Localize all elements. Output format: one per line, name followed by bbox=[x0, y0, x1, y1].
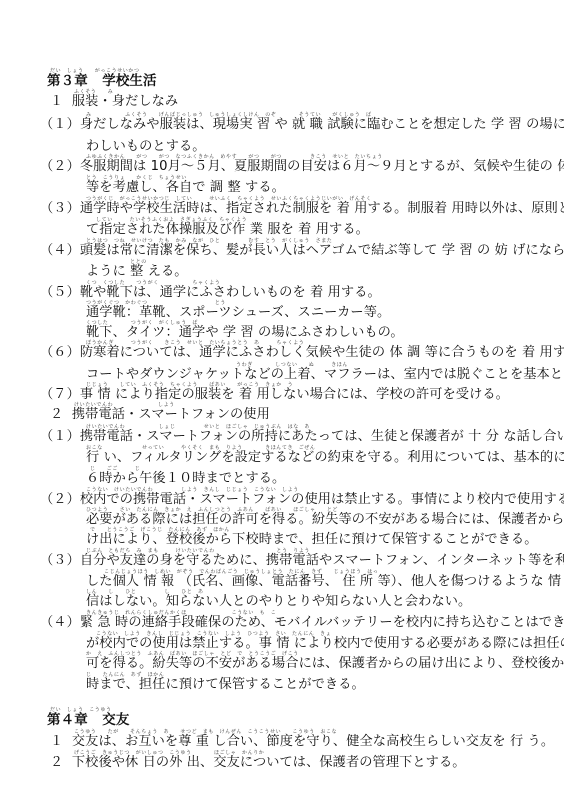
item-text: 事 情 により指定の服装を 着 用しない場合には、学校の許可を受ける。 bbox=[80, 387, 509, 402]
item-text: 自分や友達の身を守るために、携帯電話やスマートフォン、インターネット等を利用 bbox=[80, 553, 564, 568]
item-text-continuation: した個人 情 報 （氏名、画像、電話番号、 住 所 等）、他人を傷つけるような … bbox=[86, 574, 564, 590]
item-number: （６） bbox=[40, 345, 80, 360]
item-number: （２） bbox=[40, 159, 80, 174]
list-item: （７）事 情 により指定の服装を 着 用しない場合には、学校の許可を受ける。 bbox=[40, 387, 509, 403]
item-text: 携帯電話・スマートフォンの所持にあたっては、生徒と保護者が 十 分 な話し合いを bbox=[80, 429, 564, 444]
item-text: 防寒着については、通学にふさわしく気候や生徒の 体 調 等に合うものを 着 用す… bbox=[80, 345, 564, 360]
item-number: （４） bbox=[40, 615, 80, 630]
item-text-continuation: わしいものとする。 bbox=[86, 139, 206, 155]
list-item: （２）校内での携帯電話・スマートフォンの使用は禁止する。事情により校内で使用する bbox=[40, 492, 564, 508]
item-number: （４） bbox=[40, 243, 80, 258]
item-number: （７） bbox=[40, 387, 80, 402]
document-page: だい しょう がっこうせいかつ 第３章 学校生活 ふくそう み １ 服装・身だし… bbox=[0, 0, 564, 800]
list-item: （１）身だしなみや服装は、現場実 習 や 就 職 試験に臨むことを想定した 学 … bbox=[40, 117, 564, 133]
section-heading-text: 携帯電話・スマートフォンの使用 bbox=[72, 407, 270, 422]
item-number: （１） bbox=[40, 117, 80, 132]
item-text-continuation: 信はしない。知らない人とのやりとりや知らない人と会わない。 bbox=[86, 594, 471, 610]
chapter3-label: 第３章 bbox=[47, 73, 88, 89]
list-item: １ 交友は、お互いを尊 重 し合い、節度を守り、健全な高校生らしい交友を 行 う… bbox=[50, 734, 554, 750]
item-text-continuation: て指定された体操服及び作 業 服を 着 用する。 bbox=[86, 222, 369, 238]
item-text-continuation: 行 い、フィルタリングを設定するなどの約束を守る。利用については、基本的に午前 bbox=[86, 450, 564, 466]
section-number: ２ bbox=[50, 407, 63, 422]
item-text-continuation: 通学靴：革靴、スポーツシューズ、スニーカー等。 bbox=[86, 305, 390, 321]
item-number: （５） bbox=[40, 285, 80, 300]
item-text: 緊 急 時の連絡手段確保のため、モバイルバッテリーを校内に持ち込むことはできる bbox=[80, 615, 564, 630]
item-text: 下校後や休 日の外 出、交友については、保護者の管理下とする。 bbox=[72, 755, 466, 770]
item-number: （３） bbox=[40, 553, 80, 568]
chapter4-label: 第４章 bbox=[47, 712, 88, 728]
item-text-continuation: 等を考慮し、各自で 調 整 する。 bbox=[86, 180, 285, 196]
list-item: （３）通学時や学校生活時は、指定された制服を 着 用する。制服着 用時以外は、原… bbox=[40, 201, 564, 217]
item-text-continuation: コートやダウンジャケットなどの上着、マフラーは、室内では脱ぐことを基本とする。 bbox=[86, 367, 564, 383]
item-text: 冬服期間は 10月～５月、夏服期間の目安は６月～９月とするが、気候や生徒の 体 … bbox=[80, 159, 564, 174]
item-number: １ bbox=[50, 734, 63, 749]
item-text-continuation: ６時から午後１０時までとする。 bbox=[86, 471, 285, 487]
chapter4-name: 交友 bbox=[102, 712, 129, 728]
chapter3-name: 学校生活 bbox=[102, 73, 156, 89]
item-text: 校内での携帯電話・スマートフォンの使用は禁止する。事情により校内で使用する bbox=[80, 492, 564, 507]
item-number: ２ bbox=[50, 755, 63, 770]
list-item: （２）冬服期間は 10月～５月、夏服期間の目安は６月～９月とするが、気候や生徒の… bbox=[40, 159, 564, 175]
section-number: １ bbox=[50, 94, 63, 109]
list-item: （４）頭髪は常に清潔を保ち、髪が長い人はヘアゴムで結ぶ等して 学 習 の 妨 げ… bbox=[40, 243, 564, 259]
item-text-continuation: 可を得る。紛失等の不安がある場合には、保護者からの届け出により、登校後から下校 bbox=[86, 656, 564, 672]
item-text-continuation: ように 整 える。 bbox=[86, 264, 188, 280]
item-text: 頭髪は常に清潔を保ち、髪が長い人はヘアゴムで結ぶ等して 学 習 の 妨 げになら… bbox=[80, 243, 564, 258]
list-item: （６）防寒着については、通学にふさわしく気候や生徒の 体 調 等に合うものを 着… bbox=[40, 345, 564, 361]
item-number: （２） bbox=[40, 492, 80, 507]
item-text: 交友は、お互いを尊 重 し合い、節度を守り、健全な高校生らしい交友を 行 う。 bbox=[72, 734, 554, 749]
item-text-continuation: 必要がある際には担任の許可を得る。紛失等の不安がある場合には、保護者からの届 bbox=[86, 512, 564, 528]
item-text: 靴や靴下は、通学にふさわしいものを 着 用する。 bbox=[80, 285, 381, 300]
section1-heading: １ 服装・身だしなみ bbox=[50, 94, 178, 110]
list-item: ２ 下校後や休 日の外 出、交友については、保護者の管理下とする。 bbox=[50, 755, 466, 771]
item-text-continuation: け出により、登校後から下校時まで、担任に預けて保管することができる。 bbox=[86, 532, 538, 548]
item-text-continuation: が校内での使用は禁止する。事 情 により校内で使用する必要がある際には担任の許 bbox=[86, 636, 564, 652]
item-text-continuation: 靴下、タイツ：通学や 学 習 の場にふさわしいもの。 bbox=[86, 325, 404, 341]
item-text: 身だしなみや服装は、現場実 習 や 就 職 試験に臨むことを想定した 学 習 の… bbox=[80, 117, 564, 132]
list-item: （１）携帯電話・スマートフォンの所持にあたっては、生徒と保護者が 十 分 な話し… bbox=[40, 429, 564, 445]
list-item: （５）靴や靴下は、通学にふさわしいものを 着 用する。 bbox=[40, 285, 381, 301]
list-item: （３）自分や友達の身を守るために、携帯電話やスマートフォン、インターネット等を利… bbox=[40, 553, 564, 569]
section2-heading: ２ 携帯電話・スマートフォンの使用 bbox=[50, 407, 270, 423]
chapter3-title: 第３章 学校生活 bbox=[47, 73, 157, 89]
chapter4-title: 第４章 交友 bbox=[47, 712, 129, 728]
list-item: （４）緊 急 時の連絡手段確保のため、モバイルバッテリーを校内に持ち込むことはで… bbox=[40, 615, 564, 631]
item-text-continuation: 時まで、担任に預けて保管することができる。 bbox=[86, 677, 365, 693]
item-number: （３） bbox=[40, 201, 80, 216]
item-number: （１） bbox=[40, 429, 80, 444]
item-text: 通学時や学校生活時は、指定された制服を 着 用する。制服着 用時以外は、原則とし bbox=[80, 201, 564, 216]
section-heading-text: 服装・身だしなみ bbox=[72, 94, 178, 109]
